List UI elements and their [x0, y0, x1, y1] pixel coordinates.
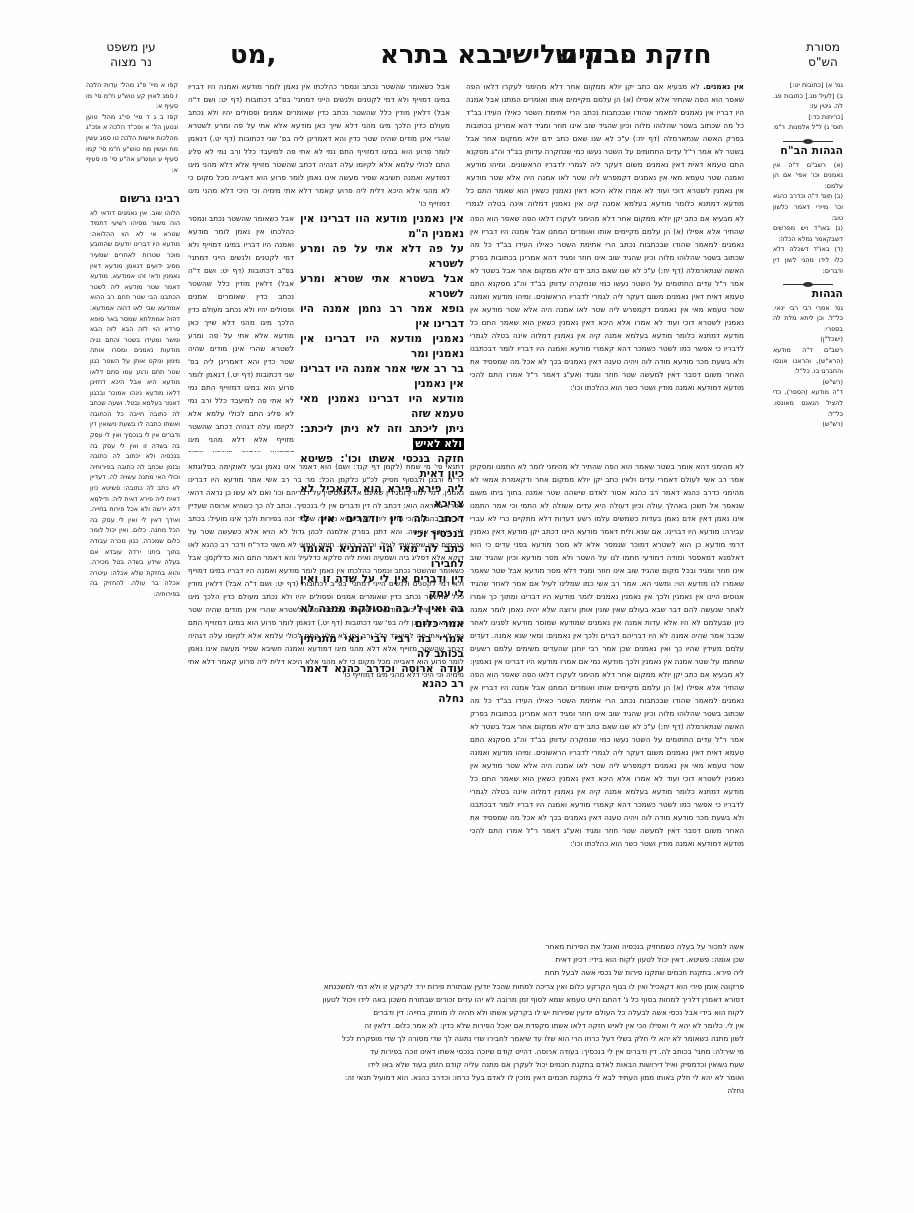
hagahot-entry: ד"ה מודעא (הספר), כדי להציל הנאנס מאונסו… — [773, 387, 843, 419]
gemara-line: על פה דלא אתי על פה ומרע לשטרא — [300, 242, 464, 272]
tosafot-top: אבל כשאומר שהשטר נכתב ונמסר כהלכתו אין נ… — [188, 80, 450, 210]
rashbam-top: אין נאמנים. לא מבעיא אם כתב יקן יולא ממק… — [466, 80, 744, 210]
rashbam-line: שכן אומה: פשיטא. דאין יכול לטעון לקוח הו… — [470, 953, 744, 966]
gemara-line: אבל בשטרא אתי שטרא ומרע לשטרא — [300, 272, 464, 302]
ein-mishpat-column: קפו א מיי' פ"ג מהל' עדות הלכה ז סמג לאוי… — [86, 80, 178, 175]
daf-number: מט, — [230, 40, 276, 70]
ein-mishpat-header: עין משפט נר מצוה — [88, 40, 174, 70]
hashas-title: הש"ס — [778, 55, 868, 70]
rashbam-lower: לא מהימני דהא אומר בשטר שאמר הוא הפה שהת… — [470, 460, 744, 940]
hagahot-entry: גמ' אמרי רבי רבי ינאי. כל"ל. וכן ליתא מל… — [773, 303, 843, 335]
rashbam-line: אשה למכור על בעלה כשמחזיק בנכסיה ואוכל א… — [470, 940, 744, 953]
bach-entry: (ב) תוס' ד"ה וכדרב כהנא וכו' מיירי דאמר … — [773, 191, 843, 223]
rashbam-lower-text-cont: לא מבעיא אם כתב יקן יולא ממקום אחר דלא מ… — [470, 670, 744, 848]
tosafot-side: אבל כשאומר שהשטר נכתב ונמסר כהלכתו אין נ… — [188, 212, 294, 452]
tosafot-text: אבל כשאומר שהשטר נכתב ונמסר כהלכתו אין נ… — [188, 82, 450, 208]
mesoret-hashas-column: גמ' א) [כתובות יט:] ב) [לעיל מג.] כתובות… — [773, 80, 843, 430]
ein-mishpat-title: עין משפט — [88, 40, 174, 55]
hagahot-source: (ישכל"ן) — [773, 334, 843, 345]
mishnah-marker-highlight: ולא לאיש — [413, 438, 464, 450]
bottom-line: לשון מתנה כשאומר לא יהא לי חלק בשלי דעל … — [100, 1032, 744, 1045]
gemara-line: מודעא היו דברינו נאמנין מאי טעמא שזה — [300, 392, 464, 422]
tosafot-side-text: אבל כשאומר שהשטר נכתב ונמסר כהלכתו אין נ… — [188, 214, 294, 452]
hagahot-source: (רש"ש) — [773, 377, 843, 388]
bottom-line: שעת נשואין וכדמפיק ואיל דירושות הבאות לא… — [100, 1058, 744, 1071]
rashbam-dibbur-hamatchil: אין נאמנים. — [703, 82, 744, 91]
rashbam-lower-text: לא מהימני דהא אומר בשטר שאמר הוא הפה שהת… — [470, 462, 744, 666]
hagahot-entry: רשב"ם ד"ה מודעא (הרא"ש), והראנו אונסו וה… — [773, 345, 843, 377]
bach-entry: (א) רשב"ם ד"ה אין נאמנים וכו' אפי' אם הן… — [773, 160, 843, 192]
gemara-line: ניתן ליכתב וזה לא ניתן ליכתב: ולא לאיש — [300, 422, 464, 452]
mesoret-entry: תוס' ג) ל"ל אלמנות. ר"מ — [773, 122, 843, 133]
hagahot-habach-title: הגהות הב"ח — [773, 146, 843, 157]
rashbam-line: ליה פירא. בתקנת חכמים שתקנו פירות של נכס… — [470, 966, 744, 979]
hagahot-title: הגהות — [773, 289, 843, 300]
bach-entry: (ד) באו"ד דשכלה דלא כלו לידו מהני לשון ד… — [773, 244, 843, 276]
mesoret-entry: גמ' א) [כתובות יט:] — [773, 80, 843, 91]
ein-mishpat-entry: קפו א מיי' פ"ג מהל' עדות הלכה ז סמג לאוי… — [86, 80, 178, 112]
gemara-line: בר רב אשי אמר אמנה היו דברינו אין נאמנין — [300, 362, 464, 392]
bottom-line: ואומר לא יהא לי חלק באותו ממון העתיד לבא… — [100, 1071, 744, 1084]
bottom-line: פרקונה אומן פירי הוא דקאכיל ואין לו בגוף… — [100, 980, 744, 993]
rashbam-continuation: אשה למכור על בעלה כשמחזיק בנכסיה ואוכל א… — [470, 940, 744, 979]
ner-mitzvah-title: נר מצוה — [88, 55, 174, 70]
gemara-line: גופא אמר רב נחמן אמנה היו דברינו אין — [300, 302, 464, 332]
tosafot-lower-text: דתנאי פי' מי שמת (לקמן דף קנד: ושם) הוא … — [188, 462, 464, 562]
bottom-line: לקוח הוא בידי אבל נכסי אשה לבעלה כל העול… — [100, 1006, 744, 1019]
mesoret-header: מסורת הש"ס — [778, 40, 868, 70]
rashbam-side: לא מבעיא אם כתב יקן יולא ממקום אחר דלא מ… — [470, 212, 744, 452]
tosafot-lower: דתנאי פי' מי שמת (לקמן דף קנד: ושם) הוא … — [188, 460, 464, 975]
mesoret-entry: ב) [לעיל מג.] כתובות פג. לה. גיטין עז: — [773, 91, 843, 112]
rashbam-text: לא מבעיא אם כתב יקן יולא ממקום אחר דלא מ… — [466, 82, 744, 210]
hagahot-source: (רש"ש) — [773, 419, 843, 430]
bottom-line: דסורא דאמרן דלריך למחות בסוף כל ג' דהתם … — [100, 993, 744, 1006]
mesoret-title: מסורת — [778, 40, 868, 55]
masechet-title: בבא בתרא — [380, 40, 508, 70]
rabbeinu-gershom-column: רבינו גרשום הלוהו שוב. אין נאמנים דודאי … — [90, 192, 180, 600]
bottom-line: מי שירלה: מתני' בכותב לה. דין ודברים אין… — [100, 1045, 744, 1058]
ornament-divider — [783, 284, 833, 285]
bottom-closing-word: נחלה — [100, 1084, 744, 1097]
gemara-line: אין נאמנין מודעא הוו דברינו אין נאמנין ה… — [300, 212, 464, 242]
rabbeinu-gershom-title: רבינו גרשום — [90, 194, 180, 205]
chapter-name: חזקת הבתים — [560, 40, 711, 70]
tosafot-lower-text-cont: אבל כשאומר שהשטר נכתב ונמסר כהלכתו אין נ… — [188, 553, 464, 679]
rashbam-side-text: לא מבעיא אם כתב יקן יולא ממקום אחר דלא מ… — [470, 214, 744, 392]
ein-mishpat-entry: קפז ב ג ד מיי' פי"ג מהל' טוען ונטען הל' … — [86, 112, 178, 176]
gemara-line: נאמנין מודעא היו דברינו אין נאמנין ומר — [300, 332, 464, 362]
bach-entry: (ג) באו"ד ויש מפרשים דשבקאמר נמלא הכלה: — [773, 223, 843, 244]
mesoret-entry: [כריתות כד:] — [773, 112, 843, 123]
rashbam-bottom-full-width: פרקונה אומן פירי הוא דקאכיל ואין לו בגוף… — [100, 980, 744, 1097]
rabbeinu-gershom-text: הלוהו שוב. אין נאמנים דודאי לא הוה משור … — [90, 208, 180, 600]
ornament-divider — [783, 141, 833, 142]
bottom-line: אין לי. כלומר לא יהא לי ואפילו הכי אין ל… — [100, 1019, 744, 1032]
gemara-text-before-mishnah: ניתן ליכתב וזה לא ניתן ליכתב: — [300, 423, 464, 435]
